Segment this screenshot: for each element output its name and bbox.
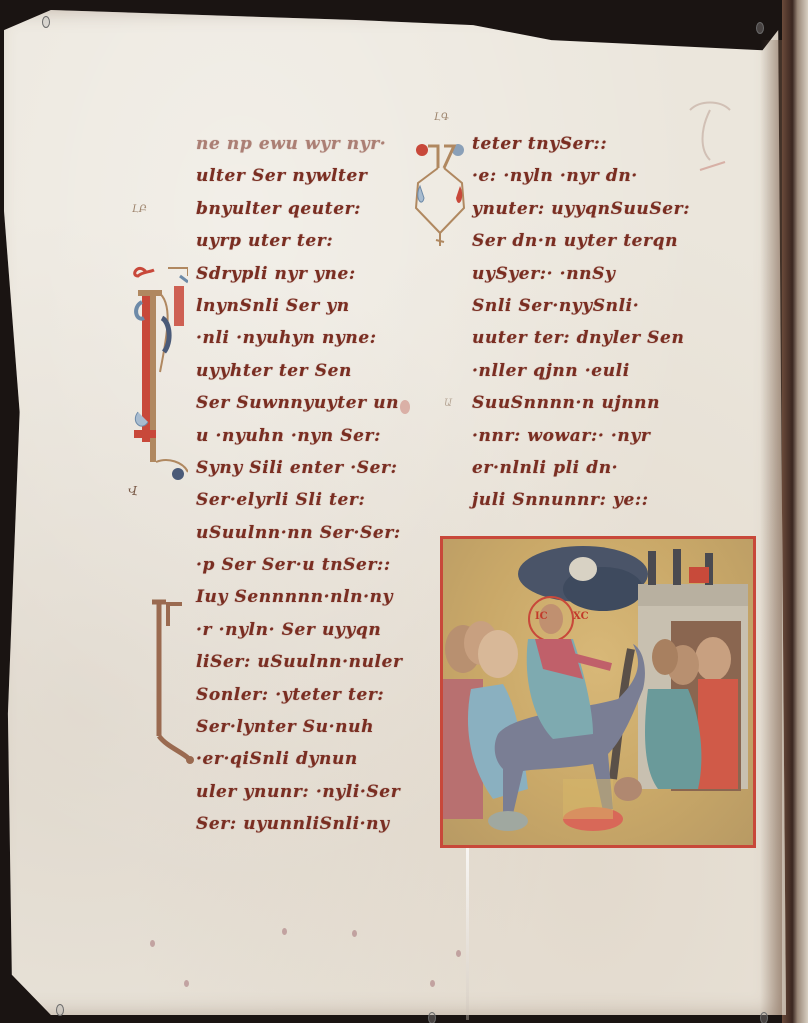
text-line: ·p Ser Ser·u tnSer::: [196, 549, 426, 581]
text-line: bnyulter qeuter:: [196, 193, 426, 225]
initial-letter-plain: [146, 596, 196, 766]
text-line: ulter Ser nywlter: [196, 160, 426, 192]
text-column-right: teter tnySer:: ·e: ·nyln ·nyr dn· ynuter…: [472, 128, 722, 517]
text-line: u ·nyuhn ·nyn Ser:: [196, 420, 426, 452]
stain: [184, 980, 189, 987]
text-line: liSer: uSuulnn·nuler: [196, 646, 426, 678]
text-line: uler ynunr: ·nyli·Ser: [196, 776, 426, 808]
text-line: Ser dn·n uyter terqn: [472, 225, 722, 257]
text-line: ·nli ·nyuhyn nyne:: [196, 322, 426, 354]
text-line: Ser: uyunnliSnli·ny: [196, 808, 426, 840]
text-line: Ser·elyrli Sli ter:: [196, 484, 426, 516]
stain: [352, 930, 357, 937]
marginal-note: ԼԳ: [434, 112, 449, 123]
text-line: uyrp uter ter:: [196, 225, 426, 257]
illuminated-initial-left: [128, 262, 188, 482]
text-line: Iuy Sennnnn·nln·ny: [196, 581, 426, 613]
text-line: ·nller qjnn ·euli: [472, 355, 722, 387]
inscription-ic: IC: [535, 611, 548, 622]
text-line: uSuulnn·nn Ser·Ser:: [196, 517, 426, 549]
miniature-painting: IC XC: [440, 536, 756, 848]
text-line: er·nlnli pli dn·: [472, 452, 722, 484]
stain: [456, 950, 461, 957]
text-line: Ser Suwnnyuyter un: [196, 387, 426, 419]
stain: [430, 980, 435, 987]
pin-icon: [42, 16, 50, 28]
stain: [282, 928, 287, 935]
text-line: juli Snnunnr: ye::: [472, 484, 722, 516]
text-line: uyyhter ter Sen: [196, 355, 426, 387]
text-line: Sonler: ·yteter ter:: [196, 679, 426, 711]
text-line: ·nnr: wowar:· ·nyr: [472, 420, 722, 452]
pin-icon: [760, 1012, 768, 1023]
text-line: ynuter: uyyqnSuuSer:: [472, 193, 722, 225]
pin-icon: [428, 1012, 436, 1023]
text-line: Sdrypli nyr yne:: [196, 258, 426, 290]
text-line: ne np ewu wyr nyr·: [196, 128, 426, 160]
marginal-note: Վ: [128, 484, 138, 498]
page-crease: [466, 840, 469, 1020]
text-line: lnynSnli Ser yn: [196, 290, 426, 322]
text-line: uySyer:· ·nnSy: [472, 258, 722, 290]
text-line: Syny Sili enter ·Ser:: [196, 452, 426, 484]
text-column-left: ne np ewu wyr nyr· ulter Ser nywlter bny…: [196, 128, 426, 841]
text-line: ·er·qiSnli dynun: [196, 743, 426, 775]
text-line: uuter ter: dnyler Sen: [472, 322, 722, 354]
marginal-note: ԼԲ: [132, 204, 147, 215]
text-line: ·r ·nyln· Ser uyyqn: [196, 614, 426, 646]
page-fold-shadow: [760, 40, 782, 1015]
pin-icon: [56, 1004, 64, 1016]
inscription-xc: XC: [573, 611, 589, 622]
pin-icon: [756, 22, 764, 34]
text-line: SuuSnnnn·n ujnnn: [472, 387, 722, 419]
stain: [150, 940, 155, 947]
faded-marginal-drawing: [680, 100, 740, 180]
text-line: Ser·lynter Su·nuh: [196, 711, 426, 743]
entry-into-jerusalem-scene: [443, 539, 753, 845]
binding-edge: [782, 0, 808, 1023]
text-line: Snli Ser·nyySnli·: [472, 290, 722, 322]
marginal-note: Ա: [444, 398, 452, 409]
